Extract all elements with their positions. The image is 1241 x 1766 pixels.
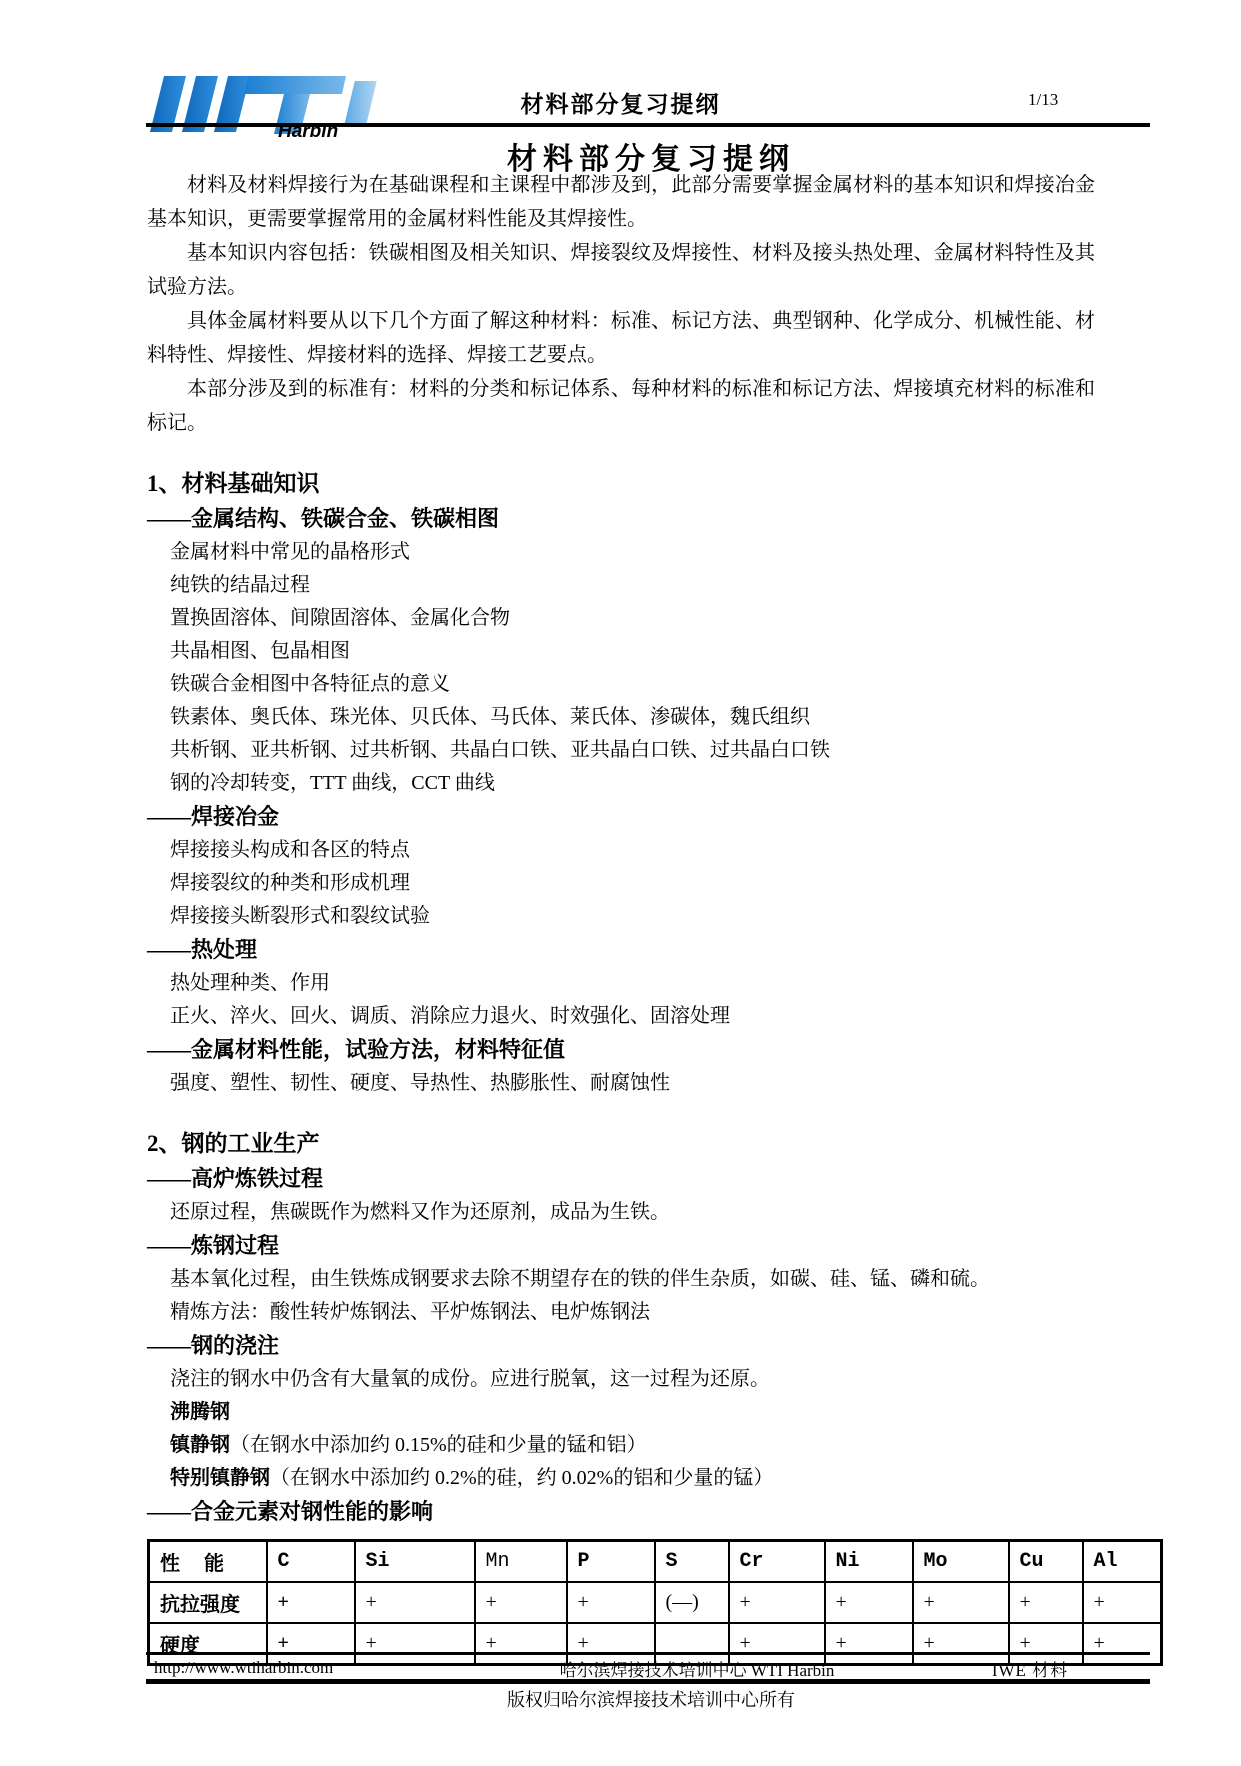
column-header-property: 性 能 <box>149 1541 267 1583</box>
table-cell: (—) <box>655 1582 729 1623</box>
page-number: 1/13 <box>1028 90 1058 110</box>
column-header-element: Al <box>1083 1541 1162 1583</box>
subsection-heading: ——炼钢过程 <box>147 1229 1155 1263</box>
table-row: 抗拉强度++++(—)+++++ <box>149 1582 1162 1623</box>
list-item: 精炼方法：酸性转炉炼钢法、平炉炼钢法、电炉炼钢法 <box>147 1296 1155 1329</box>
subsection-heading: ——钢的浇注 <box>147 1329 1155 1363</box>
table-cell: + <box>729 1582 825 1623</box>
list-item: 浇注的钢水中仍含有大量氧的成份。应进行脱氧，这一过程为还原。 <box>147 1363 1155 1396</box>
intro-paragraph: 基本知识内容包括：铁碳相图及相关知识、焊接裂纹及焊接性、材料及接头热处理、金属材… <box>147 236 1095 304</box>
list-item-lead: 特别镇静钢 <box>170 1467 270 1489</box>
footer-course-tag: IWE 材料 <box>910 1656 1150 1681</box>
list-item: 共析钢、亚共析钢、过共析钢、共晶白口铁、亚共晶白口铁、过共晶白口铁 <box>147 734 1155 767</box>
column-header-element: Ni <box>825 1541 913 1583</box>
table-cell: + <box>355 1582 475 1623</box>
subsection-heading: ——金属结构、铁碳合金、铁碳相图 <box>147 502 1155 536</box>
footer: http://www.wtiharbin.com 哈尔滨焊接技术培训中心 WTI… <box>146 1656 1150 1680</box>
table-cell: + <box>913 1582 1009 1623</box>
list-item: 钢的冷却转变，TTT 曲线，CCT 曲线 <box>147 767 1155 800</box>
table-cell: + <box>475 1582 567 1623</box>
table-cell: + <box>825 1582 913 1623</box>
column-header-element: P <box>567 1541 655 1583</box>
intro-paragraph: 材料及材料焊接行为在基础课程和主课程中都涉及到，此部分需要掌握金属材料的基本知识… <box>147 168 1095 236</box>
intro-paragraph: 本部分涉及到的标准有：材料的分类和标记体系、每种材料的标准和标记方法、焊接填充材… <box>147 372 1095 440</box>
footer-rule-bottom <box>146 1679 1150 1684</box>
subsection-heading: ——焊接冶金 <box>147 800 1155 834</box>
list-item: 铁碳合金相图中各特征点的意义 <box>147 668 1155 701</box>
footer-url-link[interactable]: http://www.wtiharbin.com <box>154 1658 333 1677</box>
list-item: 强度、塑性、韧性、硬度、导热性、热膨胀性、耐腐蚀性 <box>147 1067 1155 1100</box>
column-header-element: Si <box>355 1541 475 1583</box>
section-title: 2、钢的工业生产 <box>147 1126 1155 1162</box>
list-item: 共晶相图、包晶相图 <box>147 635 1155 668</box>
column-header-element: Cu <box>1009 1541 1083 1583</box>
table-cell: + <box>567 1582 655 1623</box>
list-item: 还原过程，焦碳既作为燃料又作为还原剂，成品为生铁。 <box>147 1196 1155 1229</box>
list-item: 基本氧化过程，由生铁炼成钢要求去除不期望存在的铁的伴生杂质，如碳、硅、锰、磷和硫… <box>147 1263 1155 1296</box>
table-cell: + <box>1009 1582 1083 1623</box>
column-header-element: Mo <box>913 1541 1009 1583</box>
subsection-heading: ——高炉炼铁过程 <box>147 1162 1155 1196</box>
list-item-lead: 镇静钢 <box>170 1434 230 1456</box>
table-header-row: 性 能CSiMnPSCrNiMoCuAl <box>149 1541 1162 1583</box>
alloy-effects-table: 性 能CSiMnPSCrNiMoCuAl抗拉强度++++(—)+++++硬度++… <box>147 1539 1163 1666</box>
list-item: 热处理种类、作用 <box>147 967 1155 1000</box>
footer-copyright: 版权归哈尔滨焊接技术培训中心所有 <box>147 1686 1155 1712</box>
list-item: 焊接裂纹的种类和形成机理 <box>147 867 1155 900</box>
subsection-heading: ——金属材料性能，试验方法，材料特征值 <box>147 1033 1155 1067</box>
list-item: 置换固溶体、间隙固溶体、金属化合物 <box>147 602 1155 635</box>
list-item: 铁素体、奥氏体、珠光体、贝氏体、马氏体、莱氏体、渗碳体，魏氏组织 <box>147 701 1155 734</box>
list-item: 纯铁的结晶过程 <box>147 569 1155 602</box>
subsection-heading: ——热处理 <box>147 933 1155 967</box>
list-item: 焊接接头构成和各区的特点 <box>147 834 1155 867</box>
header-rule <box>146 123 1150 127</box>
list-item: 焊接接头断裂形式和裂纹试验 <box>147 900 1155 933</box>
footer-center-text: 哈尔滨焊接技术培训中心 WTI Harbin <box>484 1656 910 1681</box>
table-cell: + <box>267 1582 355 1623</box>
column-header-element: Mn <box>475 1541 567 1583</box>
column-header-element: C <box>267 1541 355 1583</box>
list-item: 沸腾钢 <box>147 1396 1155 1429</box>
column-header-element: S <box>655 1541 729 1583</box>
list-item-rest: （在钢水中添加约 0.2%的硅，约 0.02%的铝和少量的锰） <box>270 1467 773 1489</box>
list-item: 正火、淬火、回火、调质、消除应力退火、时效强化、固溶处理 <box>147 1000 1155 1033</box>
intro-paragraph: 具体金属材料要从以下几个方面了解这种材料：标准、标记方法、典型钢种、化学成分、机… <box>147 304 1095 372</box>
table-cell: + <box>1083 1582 1162 1623</box>
document-page: Harbin 材料部分复习提纲 1/13 材料部分复习提纲 材料及材料焊接行为在… <box>0 0 1241 1766</box>
subsection-heading: ——合金元素对钢性能的影响 <box>147 1495 1155 1529</box>
list-item: 镇静钢（在钢水中添加约 0.15%的硅和少量的锰和铝） <box>147 1429 1155 1462</box>
document-body: 材料及材料焊接行为在基础课程和主课程中都涉及到，此部分需要掌握金属材料的基本知识… <box>147 168 1155 1666</box>
list-item-rest: （在钢水中添加约 0.15%的硅和少量的锰和铝） <box>230 1434 647 1456</box>
column-header-element: Cr <box>729 1541 825 1583</box>
list-item: 金属材料中常见的晶格形式 <box>147 536 1155 569</box>
section-title: 1、材料基础知识 <box>147 466 1155 502</box>
sections-container: 1、材料基础知识——金属结构、铁碳合金、铁碳相图金属材料中常见的晶格形式纯铁的结… <box>147 466 1155 1666</box>
list-item: 特别镇静钢（在钢水中添加约 0.2%的硅，约 0.02%的铝和少量的锰） <box>147 1462 1155 1495</box>
row-label: 抗拉强度 <box>149 1582 267 1623</box>
